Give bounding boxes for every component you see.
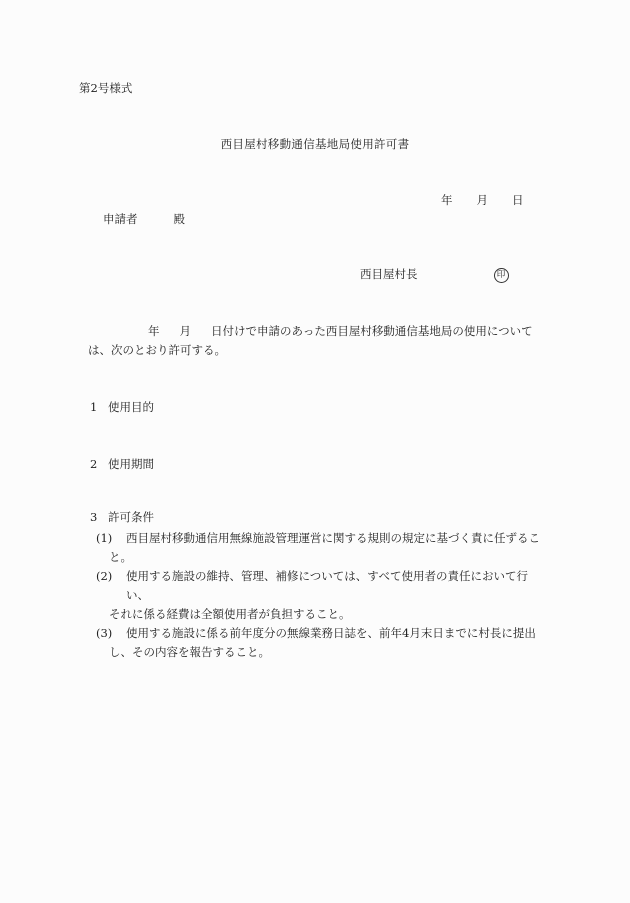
condition-text-line1: 西目屋村移動通信用無線施設管理運営に関する規則の規定に基づく責に任ずるこ	[126, 529, 548, 548]
condition-item: (2) 使用する施設の維持、管理、補修については、すべて使用者の責任において行い…	[96, 567, 548, 624]
section-period: 2使用期間	[90, 457, 154, 471]
section-purpose: 1使用目的	[90, 400, 154, 414]
issuer-name: 西目屋村長	[360, 267, 418, 281]
permission-statement: 年月日付けで申請のあった西目屋村移動通信基地局の使用については、次のとおり許可す…	[88, 322, 548, 360]
section-label: 使用期間	[108, 457, 154, 471]
section-number: 1	[90, 400, 108, 414]
condition-text-line1: 使用する施設の維持、管理、補修については、すべて使用者の責任において行い、	[126, 567, 548, 605]
body-month-label: 月	[180, 324, 192, 338]
section-label: 許可条件	[108, 510, 154, 524]
section-number: 3	[90, 510, 108, 524]
condition-number: (1)	[96, 529, 112, 548]
body-year-label: 年	[148, 324, 160, 338]
date-line: 年月日	[441, 193, 524, 207]
issuer-line: 西目屋村長印	[360, 267, 509, 283]
condition-number: (3)	[96, 624, 112, 643]
section-conditions: 3許可条件	[90, 510, 154, 524]
condition-item: (3) 使用する施設に係る前年度分の無線業務日誌を、前年4月末日までに村長に提出…	[96, 624, 548, 662]
section-number: 2	[90, 457, 108, 471]
document-title: 西目屋村移動通信基地局使用許可書	[0, 137, 630, 151]
condition-text-line1: 使用する施設に係る前年度分の無線業務日誌を、前年4月末日までに村長に提出	[126, 624, 548, 643]
date-day-label: 日	[512, 193, 524, 207]
date-month-label: 月	[477, 193, 489, 207]
condition-text-line2: と。	[109, 548, 548, 567]
addressee-line: 申請者殿	[103, 212, 185, 226]
honorific: 殿	[174, 212, 186, 226]
conditions-list: (1) 西目屋村移動通信用無線施設管理運営に関する規則の規定に基づく責に任ずるこ…	[96, 529, 548, 662]
form-number: 第2号様式	[79, 81, 132, 95]
applicant-label: 申請者	[103, 212, 138, 226]
seal-icon: 印	[494, 268, 509, 283]
section-label: 使用目的	[108, 400, 154, 414]
condition-item: (1) 西目屋村移動通信用無線施設管理運営に関する規則の規定に基づく責に任ずるこ…	[96, 529, 548, 567]
condition-number: (2)	[96, 567, 112, 586]
date-year-label: 年	[441, 193, 453, 207]
condition-text-line2: それに係る経費は全額使用者が負担すること。	[109, 605, 548, 624]
condition-text-line2: し、その内容を報告すること。	[109, 643, 548, 662]
